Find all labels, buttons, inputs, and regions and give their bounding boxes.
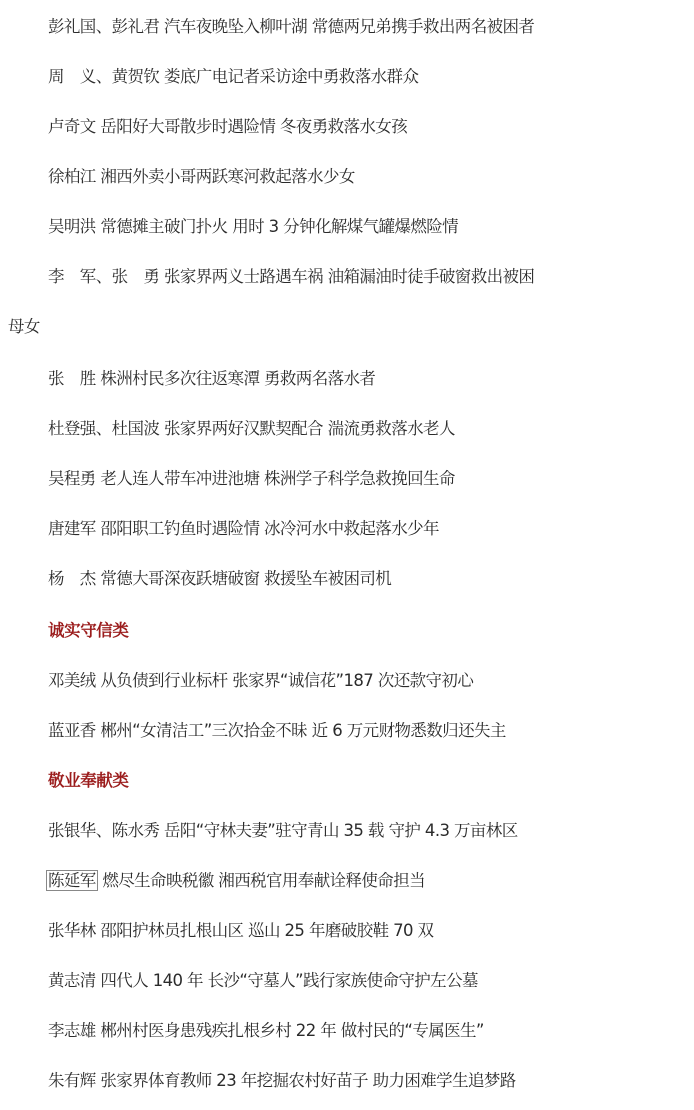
- list-item-continuation: 母女: [8, 316, 40, 338]
- list-item: 卢奇文 岳阳好大哥散步时遇险情 冬夜勇救落水女孩: [48, 116, 407, 138]
- list-item: 杨 杰 常德大哥深夜跃塘破窗 救援坠车被困司机: [48, 568, 391, 590]
- list-item: 蓝亚香 郴州“女清洁工”三次拾金不昧 近 6 万元财物悉数归还失主: [48, 720, 506, 742]
- selected-name-box[interactable]: 陈延军: [46, 870, 98, 891]
- list-item: 张华林 邵阳护林员扎根山区 巡山 25 年磨破胶鞋 70 双: [48, 920, 433, 942]
- list-item: 周 义、黄贺钦 娄底广电记者采访途中勇救落水群众: [48, 66, 418, 88]
- list-item: 吴明洪 常德摊主破门扑火 用时 3 分钟化解煤气罐爆燃险情: [48, 216, 458, 238]
- list-item: 彭礼国、彭礼君 汽车夜晚坠入柳叶湖 常德两兄弟携手救出两名被困者: [48, 16, 534, 38]
- list-item: 黄志清 四代人 140 年 长沙“守墓人”践行家族使命守护左公墓: [48, 970, 478, 992]
- section-heading-honesty: 诚实守信类: [48, 620, 129, 642]
- list-item: 邓美绒 从负债到行业标杆 张家界“诚信花”187 次还款守初心: [48, 670, 473, 692]
- list-item: 陈延军 燃尽生命映税徽 湘西税官用奉献诠释使命担当: [48, 870, 425, 892]
- list-item: 李志雄 郴州村医身患残疾扎根乡村 22 年 做村民的“专属医生”: [48, 1020, 484, 1042]
- list-item: 徐柏江 湘西外卖小哥两跃寒河救起落水少女: [48, 166, 355, 188]
- list-item: 杜登强、杜国波 张家界两好汉默契配合 湍流勇救落水老人: [48, 418, 455, 440]
- list-item-text: 燃尽生命映税徽 湘西税官用奉献诠释使命担当: [102, 871, 425, 890]
- list-item: 吴程勇 老人连人带车冲进池塘 株洲学子科学急救挽回生命: [48, 468, 455, 490]
- list-item: 朱有辉 张家界体育教师 23 年挖掘农村好苗子 助力困难学生追梦路: [48, 1070, 516, 1092]
- list-item: 张 胜 株洲村民多次往返寒潭 勇救两名落水者: [48, 368, 375, 390]
- document-page: 彭礼国、彭礼君 汽车夜晚坠入柳叶湖 常德两兄弟携手救出两名被困者 周 义、黄贺钦…: [0, 0, 694, 1110]
- list-item: 李 军、张 勇 张家界两义士路遇车祸 油箱漏油时徒手破窗救出被困: [48, 266, 534, 288]
- list-item: 张银华、陈水秀 岳阳“守林夫妻”驻守青山 35 载 守护 4.3 万亩林区: [48, 820, 518, 842]
- section-heading-dedication: 敬业奉献类: [48, 770, 129, 792]
- list-item: 唐建军 邵阳职工钓鱼时遇险情 冰冷河水中救起落水少年: [48, 518, 439, 540]
